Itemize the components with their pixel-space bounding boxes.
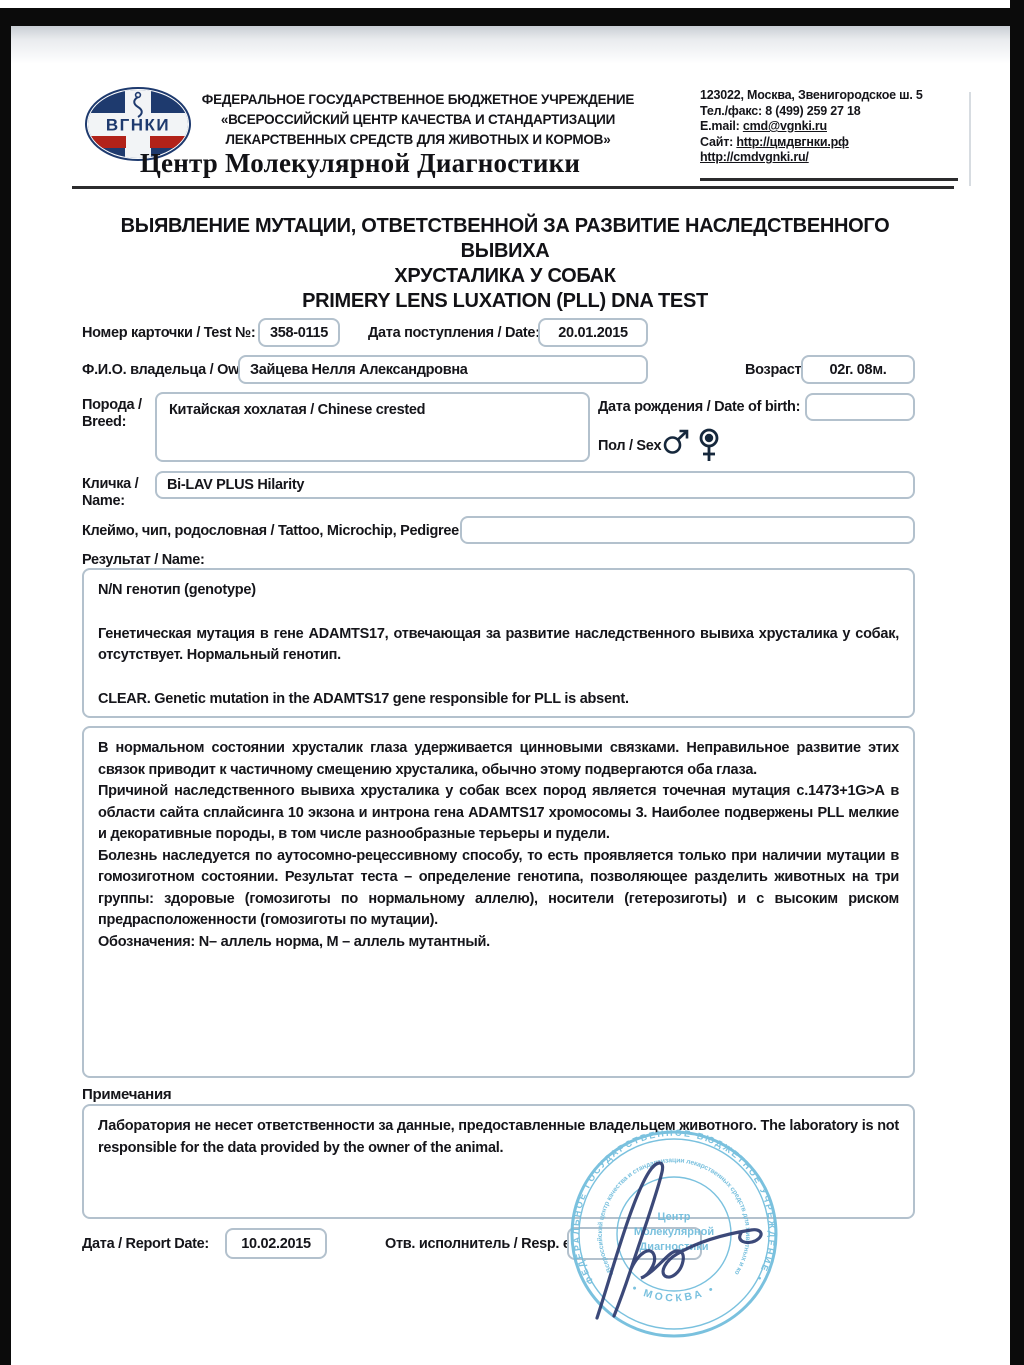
title-en-line: PRIMERY LENS LUXATION (PLL) DNA TEST [75,289,935,314]
scan-right-edge [1010,0,1024,1365]
age-label: Возраст [745,362,801,379]
scan-noise-strip [11,26,1010,64]
female-symbol-icon-selected [697,428,721,464]
receive-date-field: 20.01.2015 [538,318,648,347]
org-name: ФЕДЕРАЛЬНОЕ ГОСУДАРСТВЕННОЕ БЮДЖЕТНОЕ УЧ… [198,90,638,150]
pet-name-field: Bi-LAV PLUS Hilarity [155,471,915,499]
contact-email-row: E.mail: cmd@vgnki.ru [700,119,965,135]
owner-field: Зайцева Нелля Александровна [238,355,648,384]
header-separator [72,186,954,189]
document-title: ВЫЯВЛЕНИЕ МУТАЦИИ, ОТВЕТСТВЕННОЙ ЗА РАЗВ… [75,214,935,314]
org-name-line2: «ВСЕРОССИЙСКИЙ ЦЕНТР КАЧЕСТВА И СТАНДАРТ… [198,110,638,130]
age-field: 02г. 08м. [801,355,915,384]
title-ru-line1: ВЫЯВЛЕНИЕ МУТАЦИИ, ОТВЕТСТВЕННОЙ ЗА РАЗВ… [75,214,935,264]
site-link-2: http://cmdvgnki.ru/ [700,150,965,166]
contact-block: 123022, Москва, Звенигородское ш. 5 Тел.… [700,88,965,166]
org-name-line1: ФЕДЕРАЛЬНОЕ ГОСУДАРСТВЕННОЕ БЮДЖЕТНОЕ УЧ… [198,90,638,110]
info-paragraph: В нормальном состоянии хрусталик глаза у… [98,738,899,781]
notes-box: Лаборатория не несет ответственности за … [82,1104,915,1219]
email-label: E.mail: [700,119,743,133]
info-box: В нормальном состоянии хрусталик глаза у… [82,726,915,1078]
executor-signature [555,1138,785,1328]
birth-date-label: Дата рождения / Date of birth: [598,399,800,416]
report-date-label: Дата / Report Date: [82,1236,209,1253]
result-text-ru: Генетическая мутация в гене ADAMTS17, от… [98,624,899,667]
pet-name-label: Кличка / Name: [82,476,138,509]
result-box: N/N генотип (genotype) Генетическая мута… [82,568,915,718]
info-paragraph: Обозначения: N– аллель норма, М – аллель… [98,932,899,954]
logo-text: ВГНКИ [106,116,170,135]
test-number-field: 358-0115 [258,318,340,347]
receive-date-label: Дата поступления / Date: [368,325,540,342]
site-link-1: http://цмдвгнки.рф [736,135,848,149]
contacts-underline [700,178,958,181]
scan-line-artifact [969,92,971,186]
male-symbol-icon [662,428,692,456]
contact-site-row: Сайт: http://цмдвгнки.рф [700,135,965,151]
result-text-en: CLEAR. Genetic mutation in the ADAMTS17 … [98,689,899,711]
title-ru-line2: ХРУСТАЛИКА У СОБАК [75,264,935,289]
scan-left-edge [0,8,11,1365]
scan-top-bar [0,8,1024,26]
notes-label: Примечания [82,1087,171,1104]
test-number-label: Номер карточки / Test №: [82,325,255,342]
report-date-field: 10.02.2015 [225,1228,327,1259]
info-paragraph: Болезнь наследуется по аутосомно-рецесси… [98,846,899,932]
breed-field: Китайская хохлатая / Chinese crested [155,392,590,462]
org-name-line3: ЛЕКАРСТВЕННЫХ СРЕДСТВ ДЛЯ ЖИВОТНЫХ И КОР… [198,130,638,150]
contact-address: 123022, Москва, Звенигородское ш. 5 [700,88,965,104]
result-label: Результат / Name: [82,552,205,569]
sex-label: Пол / Sex [598,438,661,455]
contact-phone: Тел./факс: 8 (499) 259 27 18 [700,104,965,120]
breed-label: Порода / Breed: [82,397,142,430]
tattoo-label: Клеймо, чип, родословная / Tattoo, Micro… [82,523,463,540]
site-label: Сайт: [700,135,736,149]
birth-date-field [805,393,915,421]
result-genotype: N/N генотип (genotype) [98,580,899,602]
center-title: Центр Молекулярной Диагностики [80,148,640,179]
tattoo-field [460,516,915,544]
email-link: cmd@vgnki.ru [743,119,827,133]
info-paragraph: Причиной наследственного вывиха хрустали… [98,781,899,846]
